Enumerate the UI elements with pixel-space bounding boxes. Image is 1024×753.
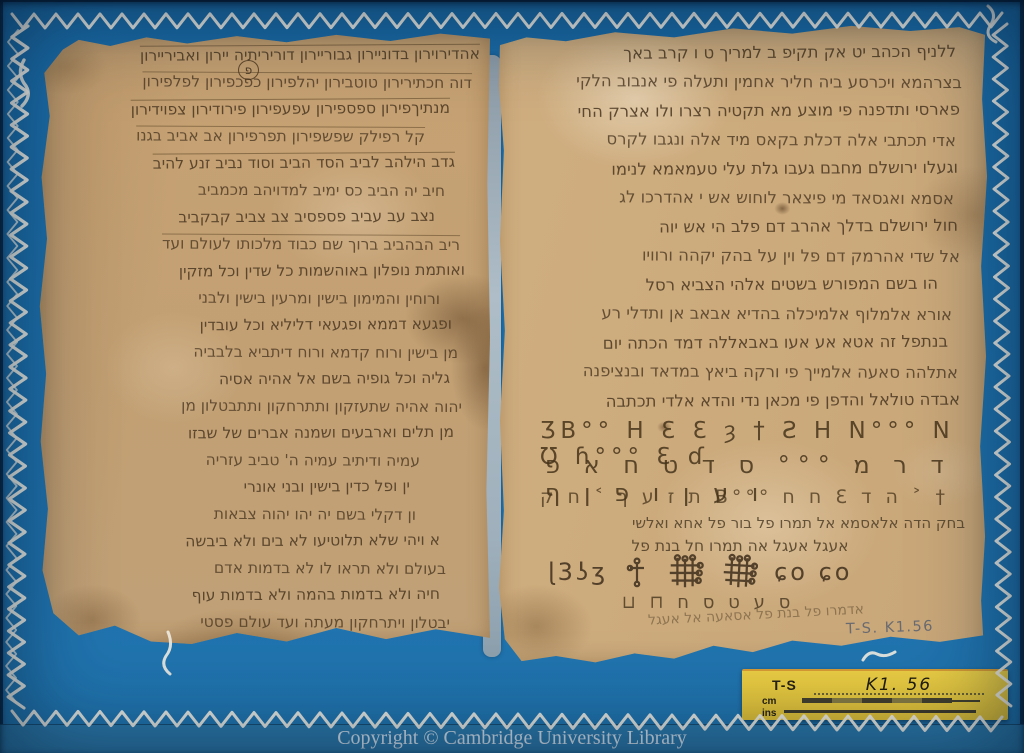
text-line: בצרהמא ויכרסע ביה חליר אחמין ותעלה פי אנ… <box>520 66 962 97</box>
copyright-caption: Copyright © Cambridge University Library <box>0 727 1024 750</box>
text-line: הו בשם המפורש בשטים אלהי הצביא רסל <box>520 269 938 301</box>
grid-charaktere-icon <box>666 553 704 591</box>
classmark-dotted-line: K1. 56 <box>814 675 984 695</box>
text-line: יהוה אהיה שתעזקון ותתרחקון ותתבטלון מן <box>52 392 462 421</box>
text-line: ריב הבהביב ברוך שם כבוד מלכותו לעולם ועד <box>52 230 460 259</box>
cm-label: cm <box>762 696 776 707</box>
left-page-text: אהדירוירון בדוניירון גבוריירון דוריריתיה… <box>52 42 480 638</box>
text-line: אורא אלמלוף אלמיכלה בהדיא אבאב אן ותדלי … <box>520 298 952 329</box>
text-line: דוה חכתירירון טוטבירון יהלפירון כפכפירון… <box>52 68 472 97</box>
text-line: גליה וכל גופיה בשם אל אהיה אסיה <box>52 365 450 394</box>
pencil-classmark: T-S. K1.56 <box>846 618 934 637</box>
text-line: חיב יה הביב כס ימיב למדויהב מכמביב <box>52 176 445 205</box>
text-line: עמיה ודיתיב עמיה ה' טביב עזריה <box>52 446 420 475</box>
text-line: א ויהי שלא תלוטיעו לא בים ולא ביבשה <box>52 527 440 556</box>
text-line: גדב הילהב לביב הסד הביב וסוד נביב זנע לה… <box>52 149 455 178</box>
invocation-line: בחק הדה אלאסמא אל תמרו פל בור פל אחא ואל… <box>540 514 965 532</box>
text-line: נצב עב עביב פספסיב צב צביב קבקביב <box>52 203 435 232</box>
text-line: ופגעא דממא ופגעאי דליליא וכל עובדין <box>52 311 452 340</box>
charaktere-glyphs: ɭ3ʖʒ <box>548 558 608 586</box>
text-line: ללניף הכהב יט אק תקיפ ב למריך ט ו קרב בא… <box>520 38 956 68</box>
classmark-prefix: T-S <box>772 677 797 693</box>
text-line: יבטלון ויתרחקון מעתה ועד עולם פסטי <box>52 608 450 637</box>
text-line: מן תלים וארבעים ושמנה אברים של שבזו <box>52 419 454 448</box>
text-line: ין ופל כדין בישין ובני אונרי <box>52 473 410 502</box>
text-line: ואותמת נופלון באוהשמות כל שדין וכל מזקין <box>52 257 465 287</box>
handwritten-classmark: K1. 56 <box>866 675 932 695</box>
text-line: מן בישין ורוח קדמא ורוח דיתביא בלבביה <box>52 338 458 367</box>
ins-scale-bar <box>784 710 976 713</box>
circled-letter: פ <box>238 60 259 80</box>
text-line: אסמא ואגסאד מי פיצאר לוחוש אש י אהדרכו ל… <box>520 182 954 213</box>
manuscript-photo: אהדירוירון בדוניירון גבוריירון דוריריתיה… <box>0 0 1024 753</box>
text-line: קל רפילק שפשפירון תפרפירון אב אביב בגנו <box>52 122 425 151</box>
tee-charaktere-icon <box>624 556 650 588</box>
text-line: ורוחין והמימון בישין ומרעין בישין ולבני <box>52 284 440 313</box>
text-line: ון דקלי בשם יה יהו יהוה צבאות <box>52 500 416 529</box>
text-line: אל שדי אהרמק דם פל וין על בהק יקהה ורווי… <box>520 240 960 271</box>
charakteres-row: ת ז ע ך ˂ ח ק B°°° ח ח Ɛ ה ד ˃ † <box>540 486 970 508</box>
text-line: בנתפל זה אטא אע אעו באבאללה דמד הכתה יום <box>520 327 948 359</box>
text-line: אתלהה סאעה אלמייך פי ורקה ביאץ במדאד ובנ… <box>520 356 958 387</box>
text-line: חול ירושלם בדלך אהרב דם פלב הי אש יוה <box>520 211 958 243</box>
grid-charaktere-icon <box>720 553 758 591</box>
classmark-row: T-S K1. 56 <box>742 675 1008 695</box>
text-line: אהדירוירון בדוניירון גבוריירון דוריריתיה… <box>52 42 480 70</box>
text-line: וגעלו ירושלם מחבם געבו גלת עלי טעמאמא לנ… <box>520 153 958 185</box>
ins-label: ins <box>762 708 776 719</box>
scale-card: T-S K1. 56 cm ins <box>742 669 1008 720</box>
text-line: חיה ולא בדמות בהמה ולא בדמות עוף <box>52 581 440 610</box>
text-line: מנתיךפירון ספספירון עפעפירון פירודירון צ… <box>52 95 450 124</box>
text-line: בעולם ולא תראו לו לא בדמות אדם <box>52 554 446 583</box>
cm-scale-bar <box>802 698 952 703</box>
text-line: אדי תכתבי אלה דכלת בקאס מיד אלה ונגבו לק… <box>520 124 956 155</box>
grid-charakteres-row: ɭ3ʖʒ ɕo ɕo <box>548 553 948 591</box>
text-line: פארסי ותדפנה פי מוצע מא תקטיה רצרו ולו א… <box>520 95 960 127</box>
charaktere-glyphs: ɕo ɕo <box>774 558 852 586</box>
text-line: אבדה טולאל והדפן פי מכאן נדי והדא אלדי ת… <box>520 385 960 417</box>
right-page-text: ללניף הכהב יט אק תקיפ ב למריך ט ו קרב בא… <box>520 38 962 418</box>
